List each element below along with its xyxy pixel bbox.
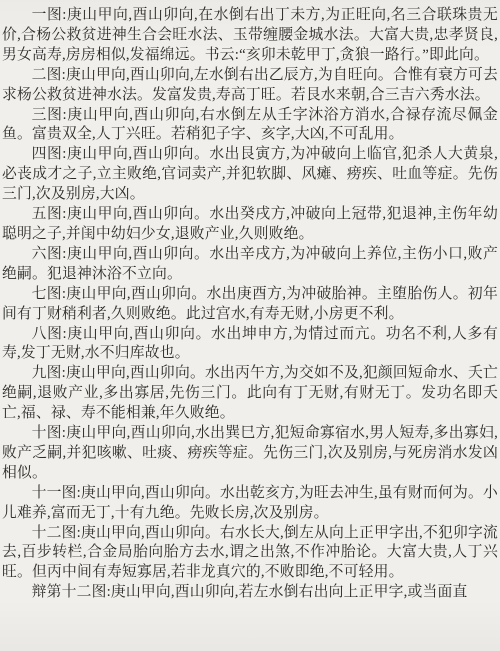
paragraph-figure-10: 十图:庚山甲向,酉山卯向,水出巽巳方,犯短命寡宿水,男人短寿,多出寡妇,败产乏嗣… — [2, 424, 498, 484]
paragraph-figure-5: 五图:庚山甲向,酉山卯向。水出癸戌方,冲破向上冠带,犯退神,主伤年幼聪明之子,并… — [2, 205, 498, 245]
paragraph-figure-3: 三图:庚山甲向,酉山卯向,右水倒左从壬字沐浴方消水,合禄存流尽佩金鱼。富贵双全,… — [2, 106, 498, 146]
book-page: 一图:庚山甲向,酉山卯向,在水倒右出丁未方,为正旺向,名三合联珠贵无价,合杨公救… — [0, 0, 500, 651]
paragraph-figure-7: 七图:庚山甲向,酉山卯向。水出庚酉方,为冲破胎神。主堕胎伤人。初年间有丁财稍利者… — [2, 285, 498, 325]
paragraph-figure-12: 十二图:庚山甲向,酉山卯向。右水长大,倒左从向上正甲字出,不犯卯字流去,百步转栏… — [2, 524, 498, 584]
paragraph-figure-6: 六图:庚山甲向,酉山卯向。水出辛戌方,为冲破向上养位,主伤小口,败产绝嗣。犯退神… — [2, 245, 498, 285]
paragraph-figure-4: 四图:庚山甲向,酉山卯向。水出艮寅方,为冲破向上临官,犯杀人大黄泉,必丧成才之子… — [2, 145, 498, 205]
paragraph-figure-1: 一图:庚山甲向,酉山卯向,在水倒右出丁未方,为正旺向,名三合联珠贵无价,合杨公救… — [2, 6, 498, 66]
paragraph-figure-2: 二图:庚山甲向,酉山卯向,左水倒右出乙辰方,为自旺向。合惟有衰方可去求杨公救贫进… — [2, 66, 498, 106]
paragraph-debate-figure-12: 辩第十二图:庚山甲向,酉山卯向,若左水倒右出向上正甲字,或当面直 — [2, 583, 498, 603]
paragraph-figure-9: 九图:庚山甲向,酉山卯向。水出丙午方,为交如不及,犯颜回短命水、夭亡绝嗣,退败产… — [2, 364, 498, 424]
paragraph-figure-8: 八图:庚山甲向,酉山卯向。水出坤申方,为情过而亢。功名不利,人多有寿,发丁无财,… — [2, 325, 498, 365]
paragraph-figure-11: 十一图:庚山甲向,酉山卯向。水出乾亥方,为旺去冲生,虽有财而何为。小儿难养,富而… — [2, 484, 498, 524]
